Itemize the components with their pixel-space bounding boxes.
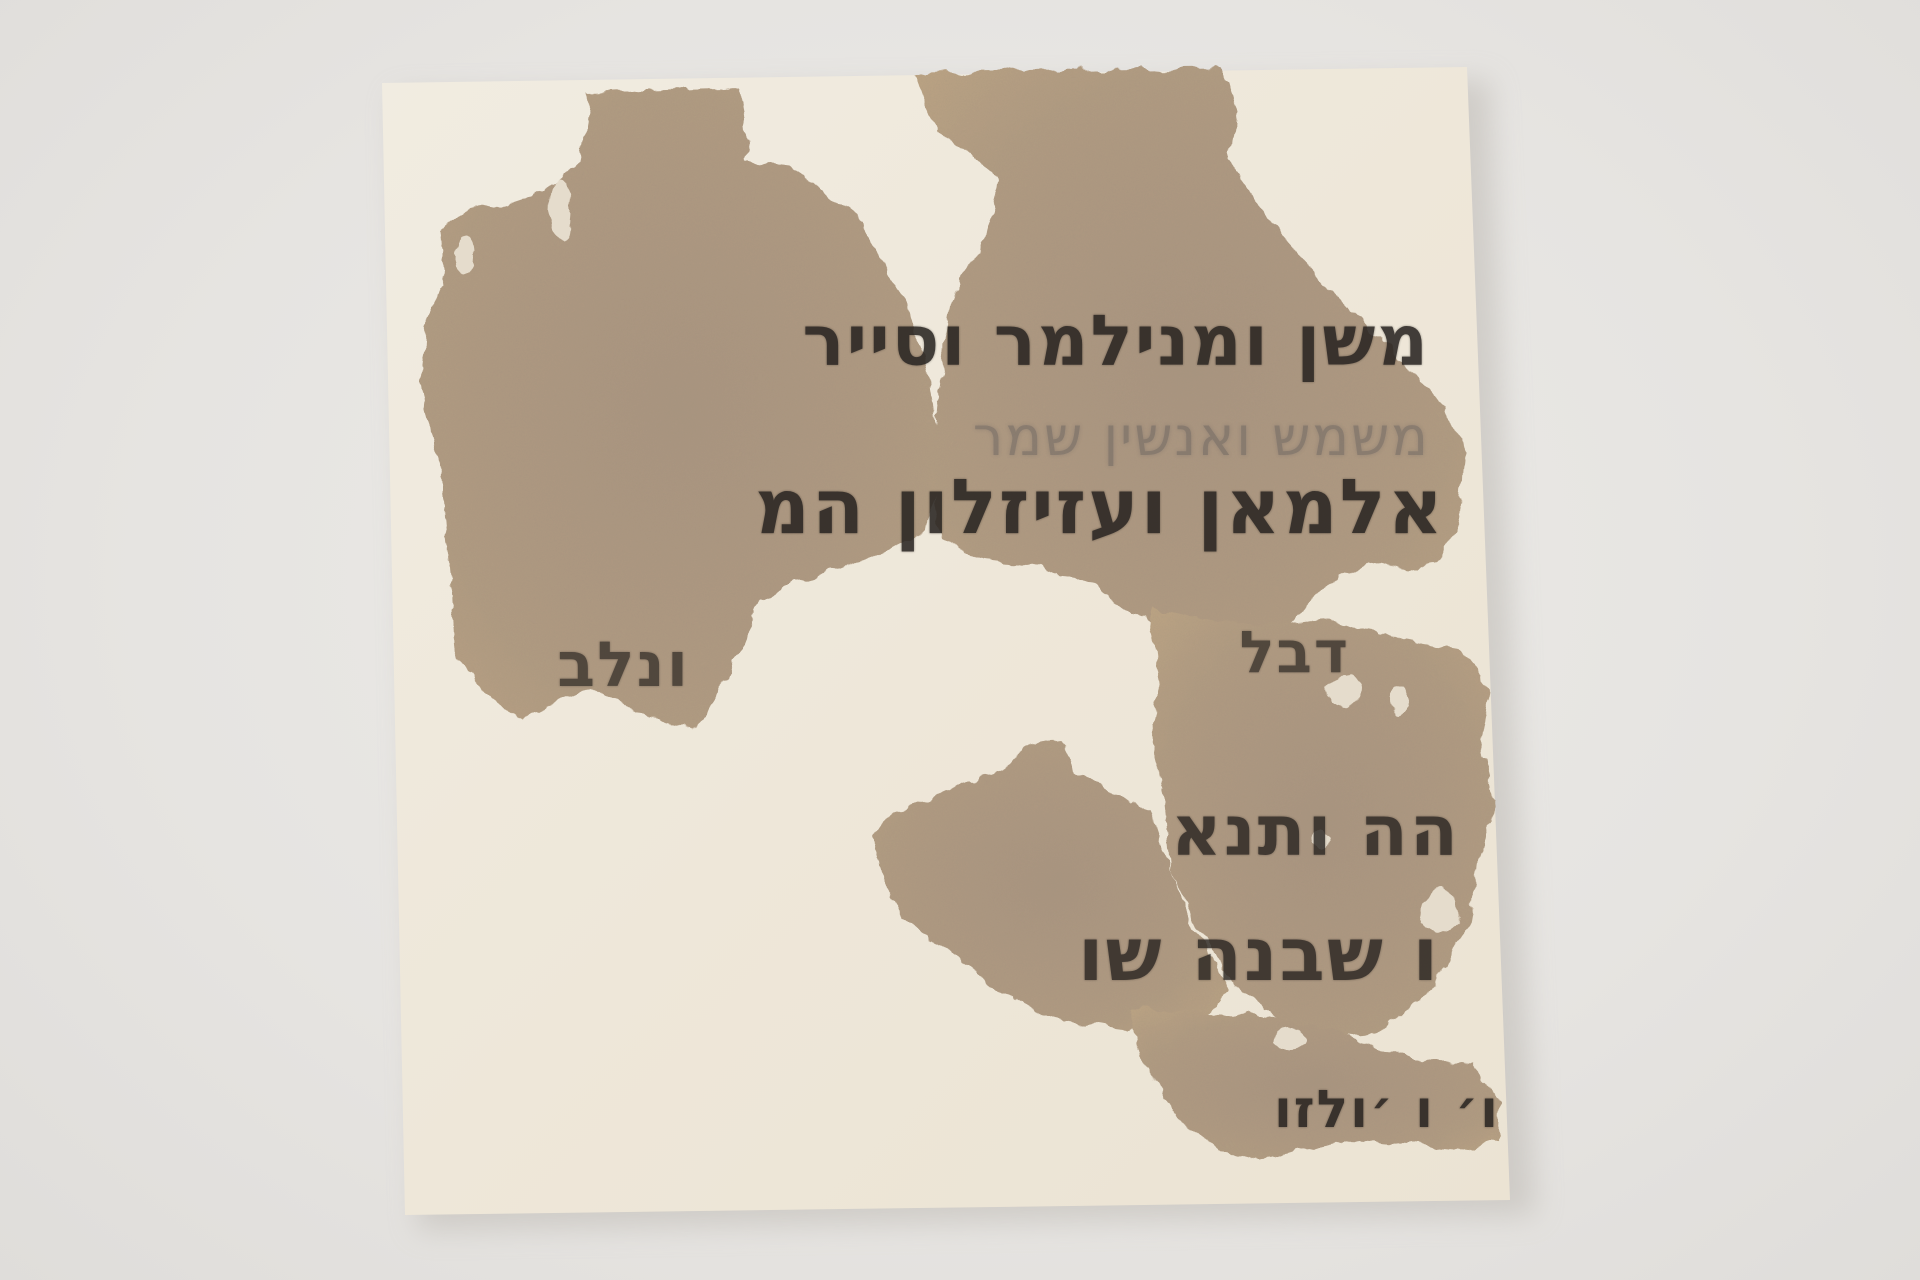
photo-background: משמש ואנשין שמר משן ומנילמר וסייר אלמאן … [0,0,1920,1280]
ghost-text-line: משמש ואנשין שמר [450,405,1430,468]
manuscript-line-4: דבל [1150,618,1350,686]
manuscript-line-5: הה ותנא [1010,790,1460,872]
manuscript-photo [0,0,1920,1280]
manuscript-line-3: ונלב [450,628,690,701]
manuscript-line-1: משן ומנילמר וסייר [440,300,1430,382]
manuscript-line-2: אלמאן ועזיזלון המ [445,462,1445,551]
manuscript-line-7: ו׳ ו ׳ולזו [1180,1080,1500,1140]
manuscript-line-6: ו שבנה שו [880,912,1440,998]
